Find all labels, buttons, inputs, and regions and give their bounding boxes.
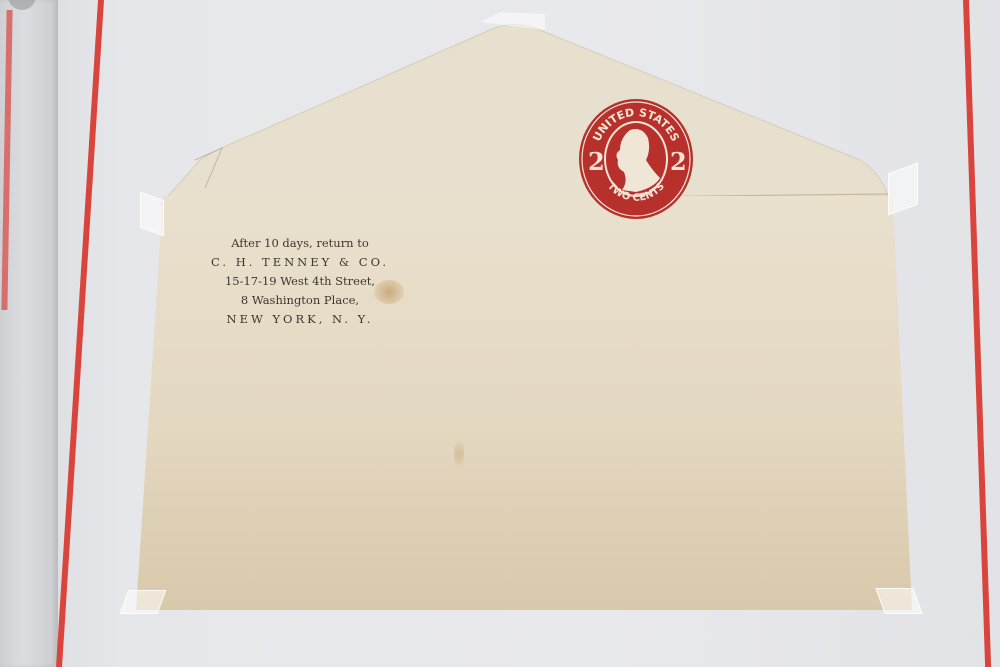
envelope: After 10 days, return to C. H. TENNEY & … (0, 0, 1000, 667)
return-address-line: After 10 days, return to (180, 234, 420, 253)
return-address-line: 8 Washington Place, (180, 291, 420, 310)
return-address: After 10 days, return to C. H. TENNEY & … (180, 234, 420, 329)
foxing-stain (454, 440, 464, 468)
two-cent-stamp: UNITED STATES TWO CENTS 2 2 (578, 98, 694, 220)
return-address-line: C. H. TENNEY & CO. (180, 253, 420, 272)
svg-text:2: 2 (588, 147, 605, 176)
return-address-line: NEW YORK, N. Y. (180, 310, 420, 329)
svg-text:2: 2 (670, 147, 687, 176)
return-address-line: 15-17-19 West 4th Street, (180, 272, 420, 291)
